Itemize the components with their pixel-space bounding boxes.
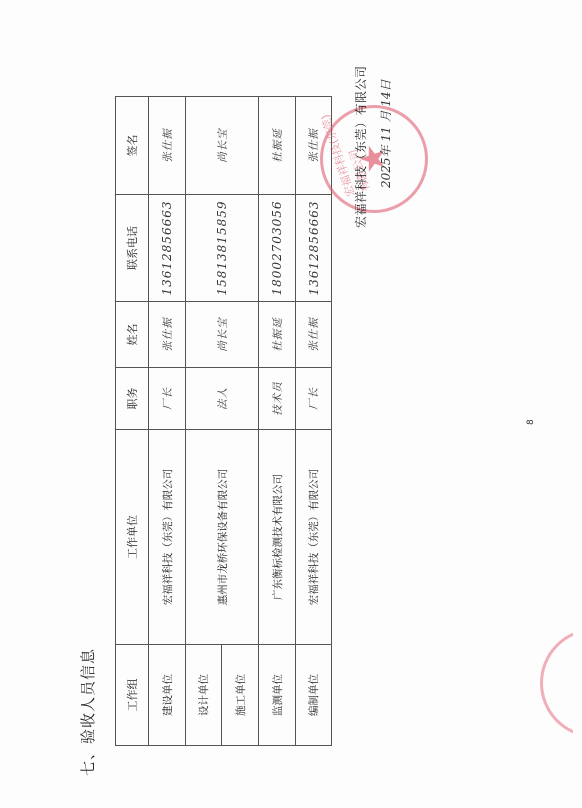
- name-cell: 张仕振: [149, 302, 186, 368]
- section-title: 七、验收人员信息: [77, 648, 98, 776]
- group-cell: 编制单位: [296, 645, 332, 746]
- signature-cell: 尚长宝: [186, 97, 259, 195]
- seam-seal-fragment: [540, 628, 582, 738]
- unit-cell: 惠州市龙桥环保设备有限公司: [186, 430, 259, 645]
- signature-cell: 杜振延: [259, 97, 296, 195]
- phone-cell: 15813815859: [186, 195, 259, 302]
- acceptance-personnel-table: 工作组 工作单位 职务 姓名 联系电话 签名 建设单位 宏福祥科技（东莞）有限公…: [115, 96, 332, 746]
- table-row: 编制单位 宏福祥科技（东莞）有限公司 厂长 张仕振 13612856663 张仕…: [296, 97, 332, 746]
- name-cell: 尚长宝: [186, 302, 259, 368]
- table-row: 设计单位 惠州市龙桥环保设备有限公司 法人 尚长宝 15813815859 尚长…: [186, 97, 222, 746]
- footer-company: 宏福祥科技（东莞）有限公司: [352, 65, 369, 228]
- page-number: 8: [526, 419, 536, 425]
- header-phone: 联系电话: [116, 195, 149, 302]
- position-cell: 技术员: [259, 368, 296, 430]
- group-cell: 建设单位: [149, 645, 186, 746]
- header-unit: 工作单位: [116, 430, 149, 645]
- table-header-row: 工作组 工作单位 职务 姓名 联系电话 签名: [116, 97, 149, 746]
- name-cell: 杜振延: [259, 302, 296, 368]
- position-cell: 厂长: [149, 368, 186, 430]
- table-row: 监测单位 广东衡标检测技术有限公司 技术员 杜振延 18002703056 杜振…: [259, 97, 296, 746]
- unit-cell: 宏福祥科技（东莞）有限公司: [149, 430, 186, 645]
- company-seal: 宏福祥科技(东莞)有限公司 ★: [320, 105, 428, 213]
- unit-cell: 宏福祥科技（东莞）有限公司: [296, 430, 332, 645]
- header-position: 职务: [116, 368, 149, 430]
- phone-cell: 18002703056: [259, 195, 296, 302]
- rotated-page: 七、验收人员信息 工作组 工作单位 职务 姓名 联系电话 签名 建设单位 宏福祥…: [0, 0, 582, 808]
- phone-cell: 13612856663: [296, 195, 332, 302]
- group-cell: 施工单位: [222, 645, 259, 746]
- position-cell: 法人: [186, 368, 259, 430]
- name-cell: 张仕振: [296, 302, 332, 368]
- group-cell: 设计单位: [186, 645, 222, 746]
- footer-date: 2025年 11 月 14日: [377, 79, 394, 188]
- unit-cell: 广东衡标检测技术有限公司: [259, 430, 296, 645]
- signature-cell: 张仕振: [149, 97, 186, 195]
- header-signature: 签名: [116, 97, 149, 195]
- header-group: 工作组: [116, 645, 149, 746]
- position-cell: 厂长: [296, 368, 332, 430]
- phone-cell: 13612856663: [149, 195, 186, 302]
- header-name: 姓名: [116, 302, 149, 368]
- table-row: 建设单位 宏福祥科技（东莞）有限公司 厂长 张仕振 13612856663 张仕…: [149, 97, 186, 746]
- group-cell: 监测单位: [259, 645, 296, 746]
